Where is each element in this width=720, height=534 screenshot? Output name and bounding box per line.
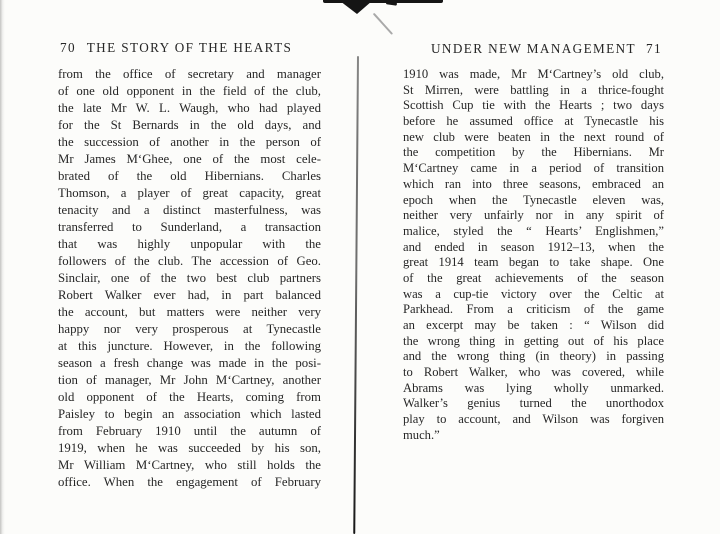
text-line: from February 1910 until the autumn of — [58, 423, 321, 440]
text-line: the late Mr W. L. Waugh, who had played — [58, 100, 321, 117]
text-line: Mr James M‘Ghee, one of the most cele- — [58, 151, 321, 168]
left-page: 70 THE STORY OF THE HEARTS from the offi… — [58, 40, 321, 491]
text-line: at this juncture. However, in the follow… — [58, 338, 321, 355]
text-line: 1910 was made, Mr M‘Cartney’s old club, — [403, 67, 664, 83]
text-line: tenacity and a distinct masterfulness, w… — [58, 202, 321, 219]
text-line: M‘Cartney came in a period of transition — [403, 161, 664, 177]
right-running-title: UNDER NEW MANAGEMENT — [403, 41, 664, 57]
text-line: Mr William M‘Cartney, who still holds th… — [58, 457, 321, 474]
text-line: of the great achievements of the season — [403, 271, 664, 287]
text-line: Robert Walker ever had, in part balanced — [58, 287, 321, 304]
text-line: new club were beaten in the next round o… — [403, 130, 664, 146]
text-line: much.” — [403, 428, 664, 444]
text-line: Abrams was lying wholly unmarked. — [403, 381, 664, 397]
text-line: Scottish Cup tie with the Hearts ; two d… — [403, 98, 664, 114]
scratch-artifact — [373, 13, 393, 35]
spine-top-triangle — [340, 1, 372, 14]
text-line: old opponent of the Hearts, coming from — [58, 389, 321, 406]
text-line: Thomson, a player of great capacity, gre… — [58, 185, 321, 202]
text-line: play to account, and Wilson was forgiven — [403, 412, 664, 428]
spine-fold-line — [353, 56, 358, 534]
right-running-head: UNDER NEW MANAGEMENT 71 — [403, 41, 664, 59]
text-line: before he assumed office at Tynecastle h… — [403, 114, 664, 130]
left-page-text: from the office of secretary and manager… — [58, 66, 321, 491]
text-line: the competition by the Hibernians. Mr — [403, 145, 664, 161]
text-line: St Mirren, were battling in a thrice-fou… — [403, 83, 664, 99]
right-page-number: 71 — [646, 41, 662, 57]
text-line: tion of manager, Mr John M‘Cartney, anot… — [58, 372, 321, 389]
text-line: season a fresh change was made in the po… — [58, 355, 321, 372]
text-line: epoch when the Tynecastle eleven was, — [403, 193, 664, 209]
text-line: which ran into three seasons, embraced a… — [403, 177, 664, 193]
text-line: brated of the old Hibernians. Charles — [58, 168, 321, 185]
text-line: the succession of another in the person … — [58, 134, 321, 151]
text-line: that was highly unpopular with the — [58, 236, 321, 253]
text-line: Walker’s genius turned the unorthodox — [403, 396, 664, 412]
spine-top-nub — [386, 1, 397, 6]
text-line: malice, styled the “ Hearts’ Englishmen,… — [403, 224, 664, 240]
text-line: happy nor very prosperous at Tynecastle — [58, 321, 321, 338]
text-line: from the office of secretary and manager — [58, 66, 321, 83]
text-line: great 1914 team began to take shape. One — [403, 255, 664, 271]
text-line: office. When the engagement of February — [58, 474, 321, 491]
text-line: to Robert Walker, who was covered, while — [403, 365, 664, 381]
text-line: was a cup-tie victory over the Celtic at — [403, 287, 664, 303]
text-line: Parkhead. From a criticism of the game — [403, 302, 664, 318]
left-running-title: THE STORY OF THE HEARTS — [58, 40, 321, 56]
page-left-edge-shadow — [0, 0, 5, 534]
text-line: and ended in season 1912–13, when the — [403, 240, 664, 256]
text-line: the account, but matters were neither ve… — [58, 304, 321, 321]
text-line: Sinclair, one of the two best club partn… — [58, 270, 321, 287]
right-page-text: 1910 was made, Mr M‘Cartney’s old club,S… — [403, 67, 664, 444]
text-line: of one old opponent in the field of the … — [58, 83, 321, 100]
text-line: transferred to Sunderland, a transaction — [58, 219, 321, 236]
left-running-head: 70 THE STORY OF THE HEARTS — [58, 40, 321, 58]
text-line: 1919, when he was succeeded by his son, — [58, 440, 321, 457]
text-line: for the St Bernards in the old days, and — [58, 117, 321, 134]
text-line: followers of the club. The accession of … — [58, 253, 321, 270]
text-line: neither very unfairly nor in any spirit … — [403, 208, 664, 224]
right-page: UNDER NEW MANAGEMENT 71 1910 was made, M… — [403, 41, 664, 444]
text-line: Paisley to begin an association which la… — [58, 406, 321, 423]
text-line: the wrong thing in getting out of his pl… — [403, 334, 664, 350]
text-line: an excerpt may be taken : “ Wilson did — [403, 318, 664, 334]
text-line: and the wrong thing (in theory) in passi… — [403, 349, 664, 365]
